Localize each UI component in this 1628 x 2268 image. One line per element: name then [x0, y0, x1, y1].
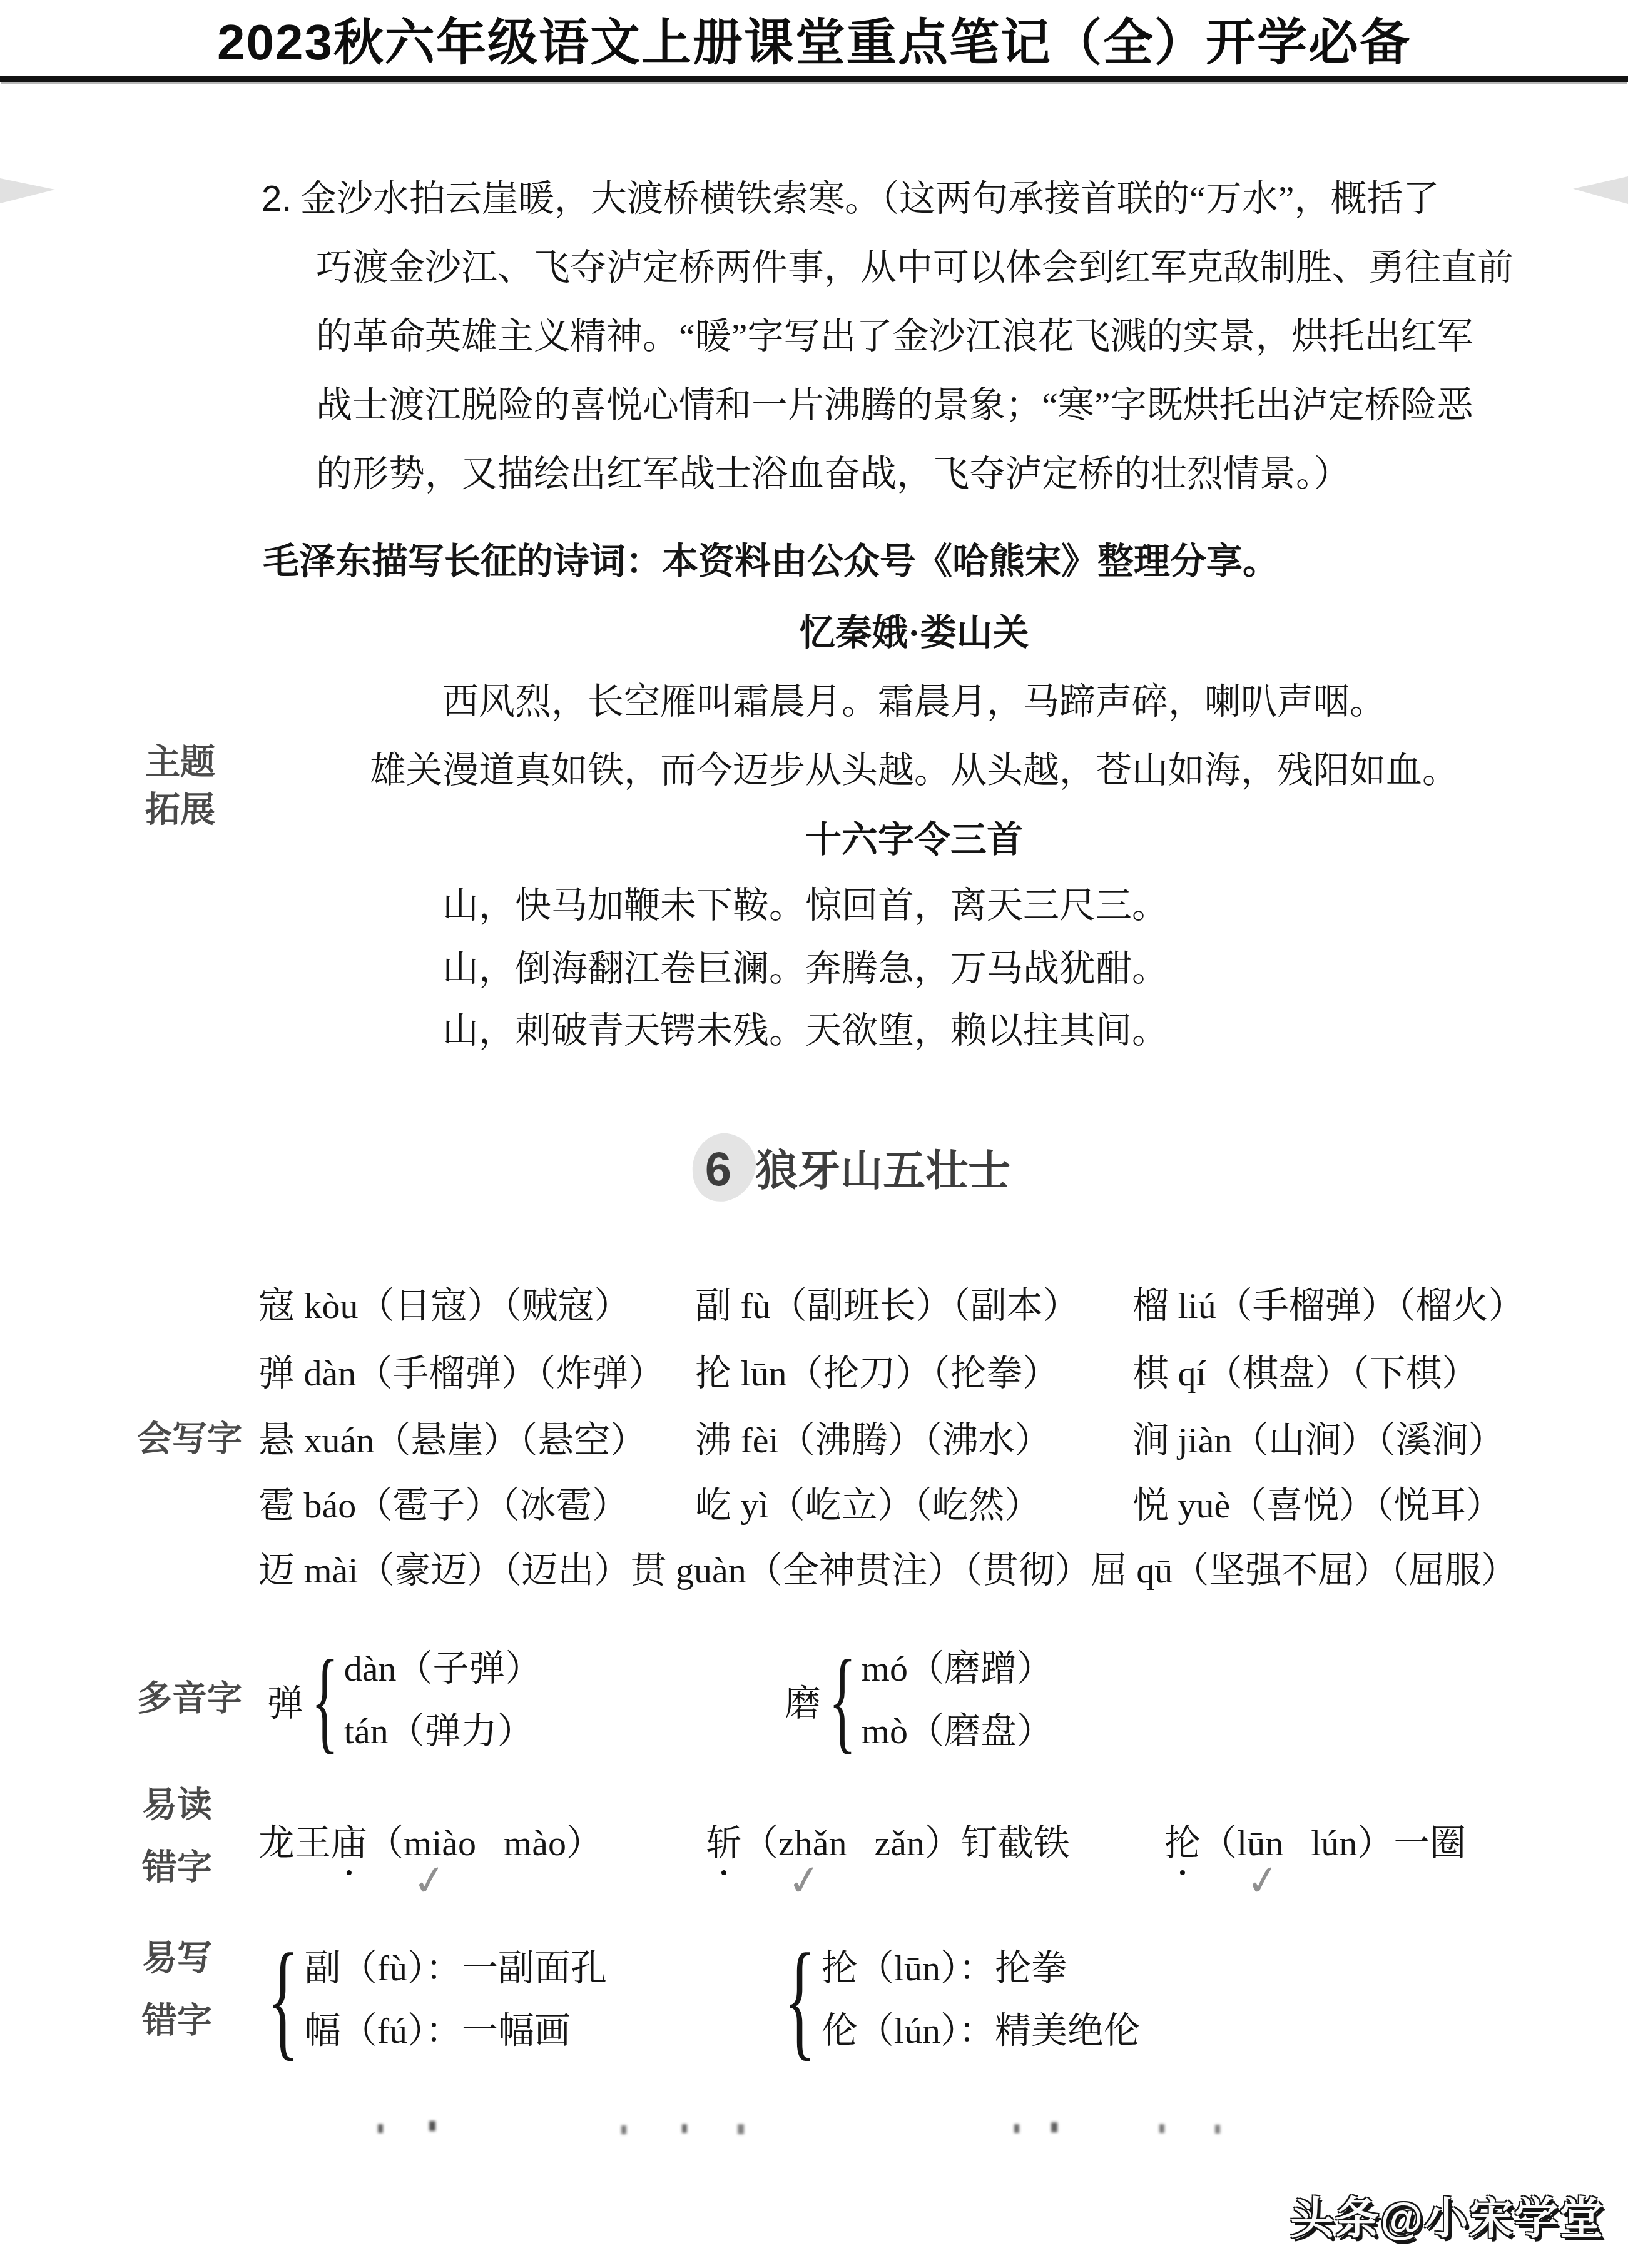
brace-glyph: {: [267, 1934, 298, 2065]
huixiezi-cell: 榴 liú（手榴弹）（榴火）: [1132, 1286, 1525, 1326]
huixiezi-cell: 副 fù（副班长）（副本）: [695, 1286, 1079, 1326]
paren-close: ）: [925, 1823, 961, 1863]
yidu-wrong-pinyin: mào: [504, 1823, 566, 1863]
point2-line: 战士渡江脱险的喜悦心情和一片沸腾的景象；“寒”字既烘托出泸定桥险恶: [316, 371, 1514, 440]
yidu-marked-char-wrap: 斩•: [706, 1823, 742, 1863]
yixie-group: { 副（fù）：一副面孔 幅（fú）：一幅画: [259, 1934, 607, 2065]
yidu-correct-pinyin-wrap: zhǎn✓: [778, 1823, 847, 1863]
yidu-marked-char: 庙: [331, 1823, 367, 1863]
yidu-label-line: 易读: [142, 1773, 212, 1836]
yidu-item: 抡•（lūn✓lún）一圈: [1164, 1823, 1466, 1863]
page-title: 2023秋六年级语文上册课堂重点笔记（全）开学必备: [0, 18, 1628, 68]
yidu-marked-char: 抡: [1164, 1823, 1201, 1863]
yidu-marked-char: 斩: [706, 1823, 742, 1863]
huixiezi-cell: 迈 mài（豪迈）（迈出）贯 guàn（全神贯注）（贯彻）屈 qū（坚强不屈）（…: [258, 1551, 1517, 1591]
point2-line: 金沙水拍云崖暖，大渡桥横铁索寒。（这两句承接首联的“万水”，概括了: [300, 165, 1514, 233]
lesson-number: 6: [705, 1143, 731, 1196]
check-icon: ✓: [1243, 1857, 1283, 1903]
section-label-yidu-cuozi: 易读 错字: [142, 1773, 212, 1898]
header-divider: [0, 76, 1628, 82]
faded-print-artifact: [0, 2125, 3, 2132]
duoyinzi-options: dàn（子弹） tán（弹力）: [344, 1638, 542, 1763]
duoyinzi-char: 磨: [785, 1674, 821, 1726]
yidu-correct-pinyin-wrap: lūn✓: [1237, 1823, 1283, 1863]
scan-artifact-left: [0, 178, 55, 203]
duoyinzi-group: 弹 { dàn（子弹） tán（弹力）: [267, 1638, 542, 1763]
section-label-duoyinzi: 多音字: [137, 1681, 242, 1716]
huixiezi-cell: 悬 xuán（悬崖）（悬空）: [258, 1420, 646, 1461]
poem-line: 雄关漫道真如铁，而今迈步从头越。从头越，苍山如海，残阳如血。: [200, 750, 1628, 792]
duoyinzi-group: 磨 { mó（磨蹭） mò（磨盘）: [785, 1638, 1053, 1763]
paren-open: （: [367, 1823, 404, 1863]
duoyinzi-option: mó（磨蹭）: [862, 1638, 1053, 1700]
emphasis-dot-icon: •: [345, 1863, 353, 1885]
lesson-header: 6狼牙山五壮士: [88, 1146, 1628, 1193]
section-label-huixiezi: 会写字: [137, 1421, 242, 1456]
poem-line: 西风烈，长空雁叫霜晨月。霜晨月，马蹄声碎，喇叭声咽。: [200, 681, 1628, 723]
yidu-marked-char-wrap: 庙•: [331, 1823, 367, 1863]
brace-glyph: {: [784, 1934, 815, 2065]
paren-open: （: [1201, 1823, 1237, 1863]
yidu-label-line: 错字: [142, 1836, 212, 1898]
yidu-word-suffix: 钉截铁: [961, 1823, 1070, 1863]
yixie-line: 副（fù）：一副面孔: [305, 1937, 607, 2000]
huixiezi-cell: 抡 lūn（抡刀）（抡拳）: [695, 1354, 1059, 1394]
yixie-line: 抡（lūn）：抡拳: [822, 1937, 1140, 2000]
emphasis-dot-icon: •: [1179, 1863, 1186, 1885]
yidu-wrong-pinyin: lún: [1311, 1823, 1357, 1863]
yidu-word-prefix: 龙王: [258, 1823, 331, 1863]
yidu-wrong-pinyin: zǎn: [875, 1823, 925, 1863]
yixie-line: 伦（lún）：精美绝伦: [822, 2000, 1140, 2062]
huixiezi-cell: 屹 yì（屹立）（屹然）: [695, 1486, 1041, 1526]
brace-glyph: {: [828, 1643, 856, 1758]
maozedong-poems-intro: 毛泽东描写长征的诗词：本资料由公众号《哈熊宋》整理分享。: [263, 542, 1279, 582]
emphasis-dot-icon: •: [720, 1863, 728, 1885]
check-icon: ✓: [410, 1857, 450, 1903]
point2-number: 2.: [262, 165, 292, 233]
point2-line: 的形势，又描绘出红军战士浴血奋战，飞夺泸定桥的壮烈情景。）: [316, 440, 1514, 509]
yixie-label-line: 易写: [142, 1926, 212, 1989]
huixiezi-cell: 悦 yuè（喜悦）（悦耳）: [1132, 1486, 1502, 1526]
point2-line: 巧渡金沙江、飞夺泸定桥两件事，从中可以体会到红军克敌制胜、勇往直前: [316, 233, 1514, 302]
yixie-lines: 副（fù）：一副面孔 幅（fú）：一幅画: [305, 1937, 607, 2062]
lesson-title: 狼牙山五壮士: [755, 1147, 1010, 1195]
yixie-group: { 抡（lūn）：抡拳 伦（lún）：精美绝伦: [776, 1934, 1140, 2065]
yidu-item: 龙王庙•（miào✓mào）: [258, 1823, 603, 1863]
poem-line: 山，快马加鞭未下鞍。惊回首，离天三尺三。: [442, 885, 1168, 927]
document-page: 2023秋六年级语文上册课堂重点笔记（全）开学必备 2. 金沙水拍云崖暖，大渡桥…: [0, 0, 1628, 2268]
paren-open: （: [742, 1823, 778, 1863]
watermark: 头条@小宋学堂: [1290, 2197, 1604, 2240]
scan-artifact-right: [1573, 176, 1628, 204]
yidu-item: 斩•（zhǎn✓zǎn）钉截铁: [706, 1823, 1070, 1863]
yidu-correct-pinyin-wrap: miào✓: [404, 1823, 476, 1863]
poem-title-shiliuziling: 十六字令三首: [200, 819, 1628, 861]
paren-close: ）: [566, 1823, 603, 1863]
duoyinzi-option: tán（弹力）: [344, 1700, 542, 1763]
brace-glyph: {: [311, 1643, 338, 1758]
yidu-marked-char-wrap: 抡•: [1164, 1823, 1201, 1863]
poem-line: 山，刺破青天锷未残。天欲堕，赖以拄其间。: [442, 1010, 1168, 1052]
huixiezi-cell: 沸 fèi（沸腾）（沸水）: [695, 1420, 1051, 1461]
huixiezi-cell: 寇 kòu（日寇）（贼寇）: [258, 1286, 631, 1326]
duoyinzi-options: mó（磨蹭） mò（磨盘）: [862, 1638, 1053, 1763]
huixiezi-cell: 雹 báo（雹子）（冰雹）: [258, 1486, 628, 1526]
yixie-line: 幅（fú）：一幅画: [305, 2000, 607, 2062]
duoyinzi-char: 弹: [267, 1674, 303, 1726]
point2-line: 的革命英雄主义精神。“暖”字写出了金沙江浪花飞溅的实景，烘托出红军: [316, 302, 1514, 371]
yidu-word-suffix: 一圈: [1393, 1823, 1466, 1863]
huixiezi-cell: 棋 qí（棋盘）（下棋）: [1132, 1354, 1478, 1394]
poem-title-yiqine-loushanguan: 忆秦娥·娄山关: [200, 612, 1628, 654]
yixie-lines: 抡（lūn）：抡拳 伦（lún）：精美绝伦: [822, 1937, 1140, 2062]
duoyinzi-option: mò（磨盘）: [862, 1700, 1053, 1763]
huixiezi-cell: 弹 dàn（手榴弹）（炸弹）: [258, 1354, 664, 1394]
paren-close: ）: [1357, 1823, 1393, 1863]
huixiezi-cell: 涧 jiàn（山涧）（溪涧）: [1132, 1420, 1504, 1461]
section-label-yixie-cuozi: 易写 错字: [142, 1926, 212, 2052]
duoyinzi-option: dàn（子弹）: [344, 1638, 542, 1700]
lesson-number-wrap: 6: [705, 1146, 731, 1193]
poem-line: 山，倒海翻江卷巨澜。奔腾急，万马战犹酣。: [442, 948, 1168, 990]
point2-item: 2. 金沙水拍云崖暖，大渡桥横铁索寒。（这两句承接首联的“万水”，概括了 巧渡金…: [262, 165, 1514, 509]
yixie-label-line: 错字: [142, 1989, 212, 2052]
check-icon: ✓: [785, 1857, 825, 1903]
